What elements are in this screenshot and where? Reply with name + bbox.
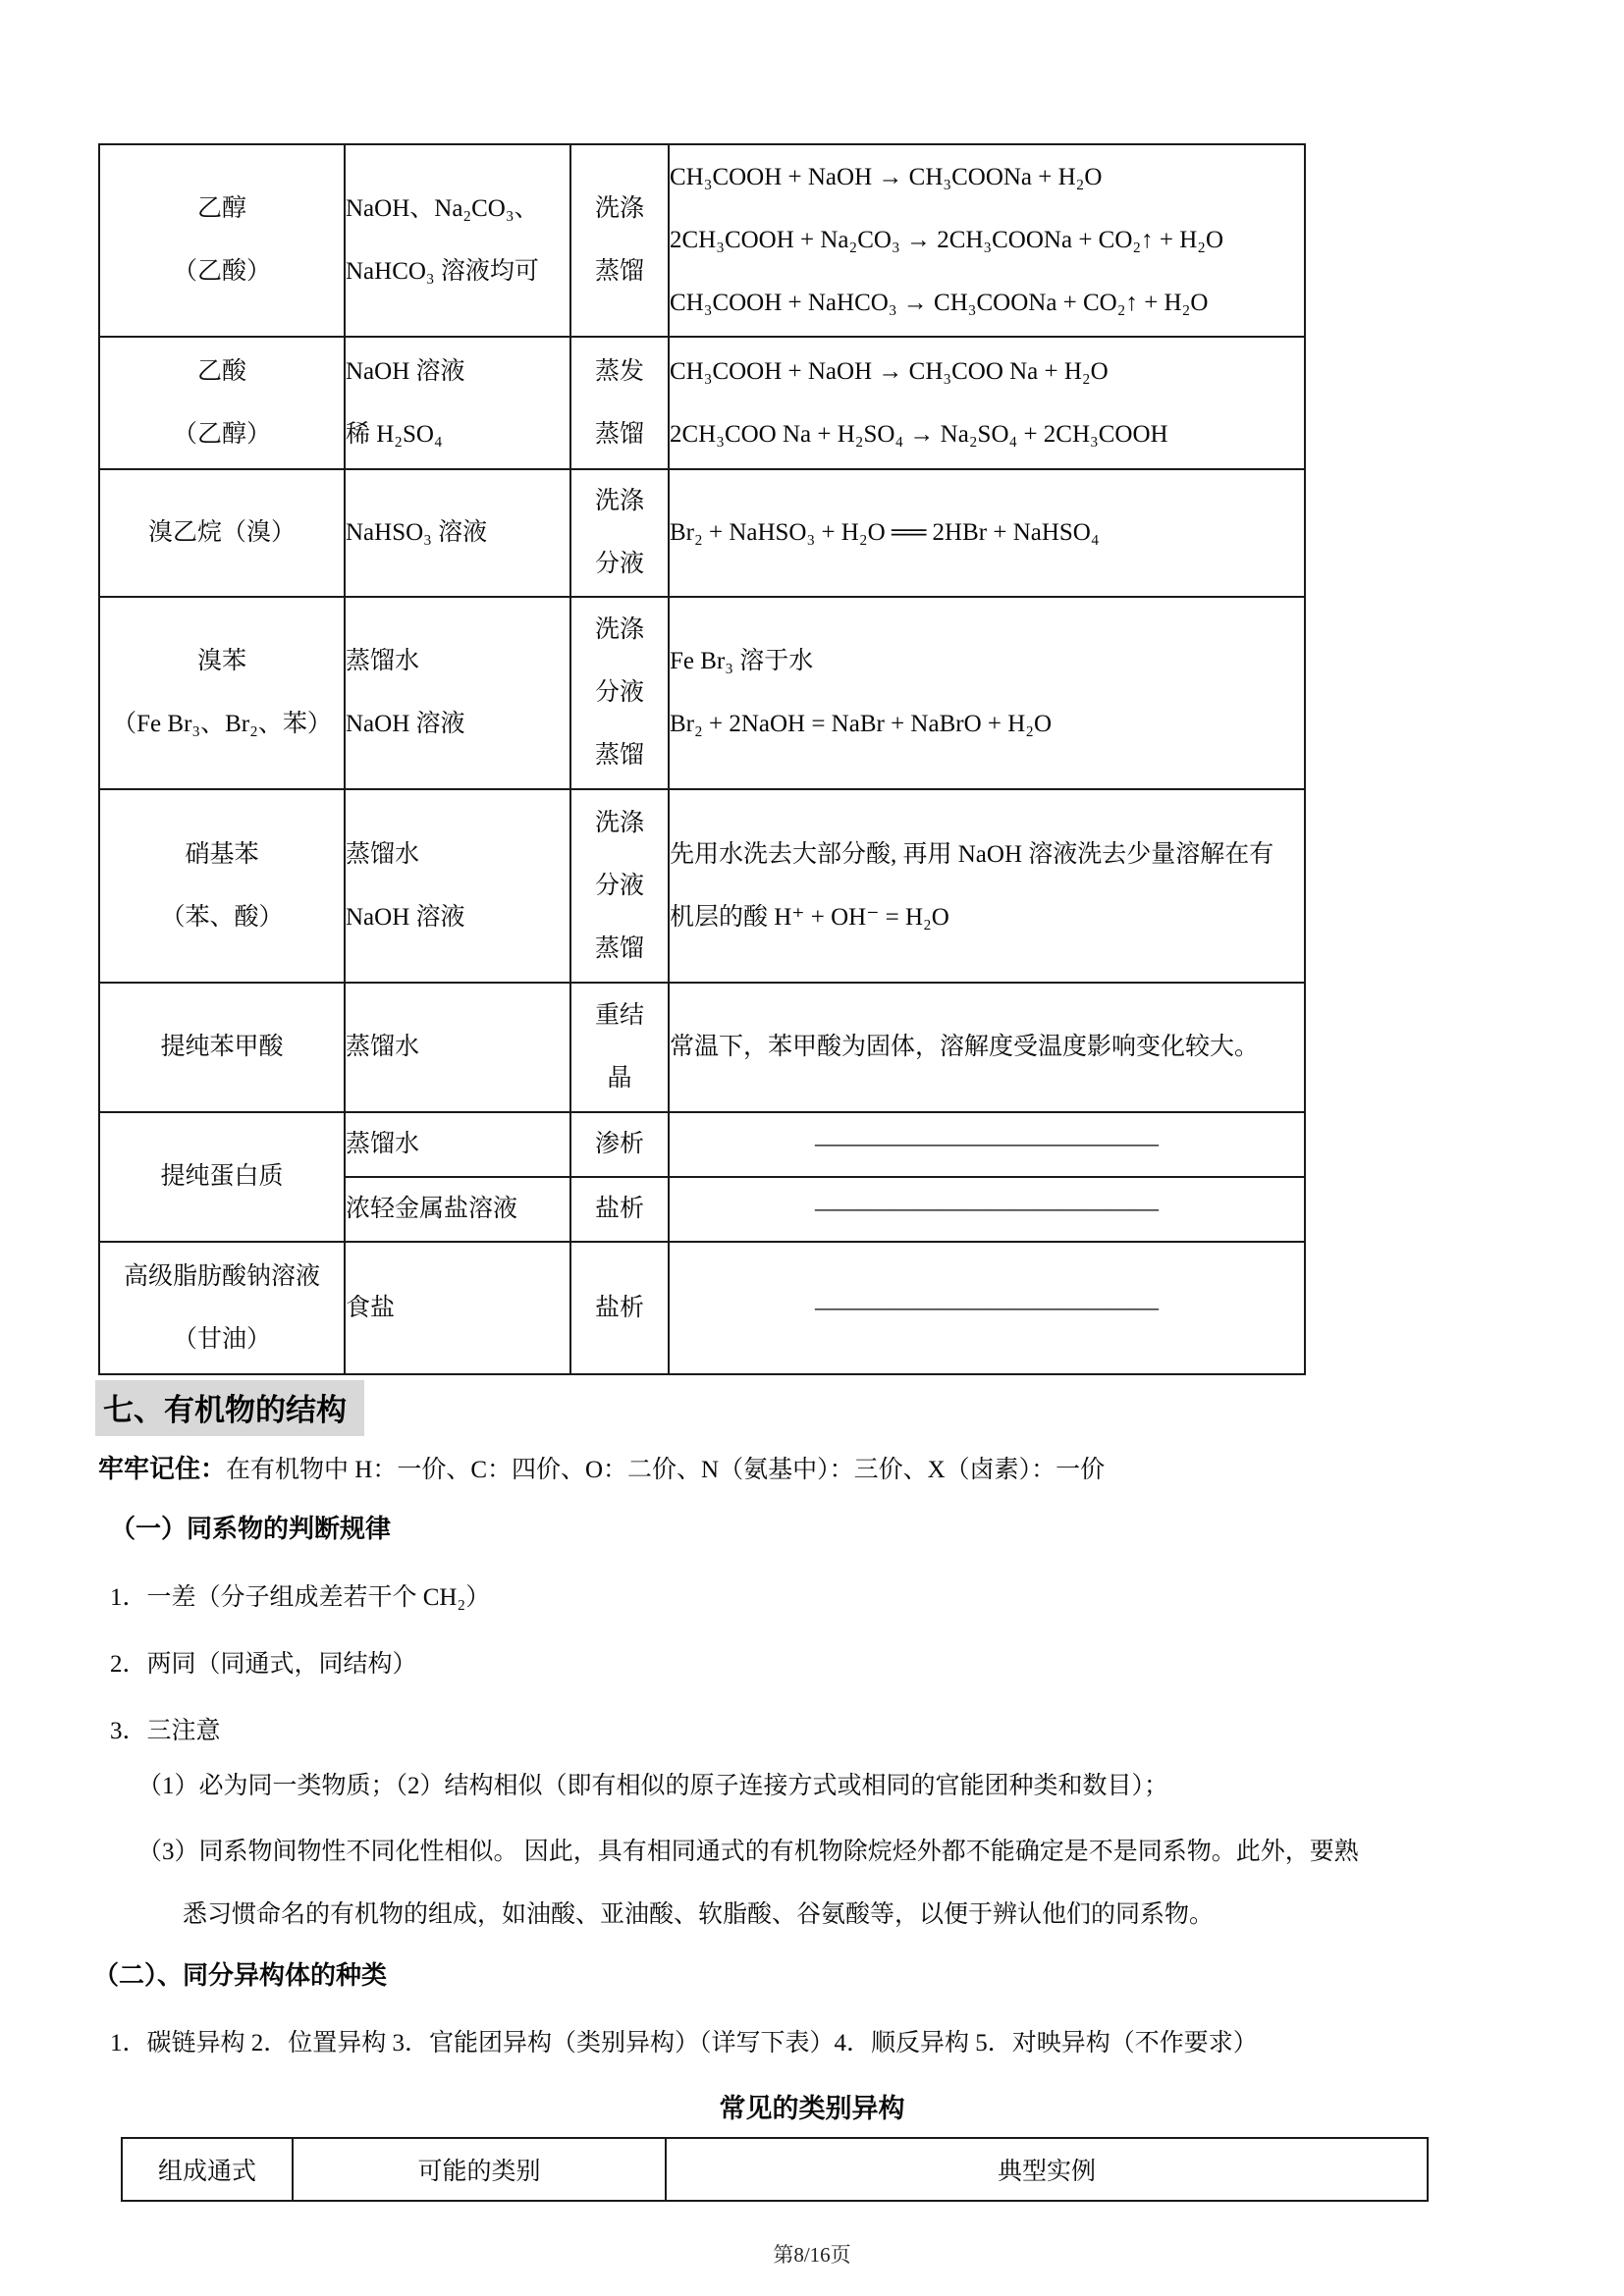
purification-table: 乙醇 （乙酸） NaOH、Na₂CO₃、 NaHCO₃ 溶液均可 洗涤 蒸馏 C… (98, 143, 1306, 1375)
cell-method: 盐析 (570, 1177, 669, 1242)
cell-method: 洗涤 分液 蒸馏 (570, 597, 669, 789)
cell-method: 洗涤 蒸馏 (570, 144, 669, 337)
note-2-line-2: 悉习惯命名的有机物的组成，如油酸、亚油酸、软脂酸、谷氨酸等，以便于辨认他们的同系… (183, 1899, 1214, 1931)
table-row: 提纯苯甲酸 蒸馏水 重结 晶 常温下，苯甲酸为固体，溶解度受温度影响变化较大。 (99, 983, 1305, 1112)
cell-target: 溴苯 （Fe Br₃、Br₂、苯） (99, 597, 345, 789)
cell-reagent: 蒸馏水 (345, 983, 570, 1112)
header-cell-example: 典型实例 (666, 2138, 1428, 2201)
note-1: （1）必为同一类物质；（2）结构相似（即有相似的原子连接方式或相同的官能团种类和… (137, 1771, 1168, 1802)
remember-line: 牢牢记住：在有机物中 H：一价、C：四价、O：二价、N（氨基中）：三价、X（卤素… (98, 1453, 1105, 1486)
header-cell-formula: 组成通式 (122, 2138, 293, 2201)
list-item-2: 2．两同（同通式，同结构） (110, 1649, 417, 1681)
table-row: 溴乙烷（溴） NaHSO₃ 溶液 洗涤 分液 Br₂ + NaHSO₃ + H₂… (99, 469, 1305, 597)
table-row: 乙醇 （乙酸） NaOH、Na₂CO₃、 NaHCO₃ 溶液均可 洗涤 蒸馏 C… (99, 144, 1305, 337)
cell-reagent: 蒸馏水 (345, 1112, 570, 1177)
cell-method: 洗涤 分液 蒸馏 (570, 789, 669, 983)
cell-target: 乙酸 （乙醇） (99, 337, 345, 469)
cell-note: Br₂ + NaHSO₃ + H₂O ══ 2HBr + NaHSO₄ (669, 469, 1305, 597)
remember-label: 牢牢记住： (98, 1454, 226, 1483)
remember-text: 在有机物中 H：一价、C：四价、O：二价、N（氨基中）：三价、X（卤素）：一价 (226, 1457, 1105, 1483)
subsection-2-heading: （二）、同分异构体的种类 (93, 1960, 387, 1992)
page-number: 第8/16页 (0, 2239, 1624, 2269)
cell-target: 溴乙烷（溴） (99, 469, 345, 597)
cell-reagent: 蒸馏水 NaOH 溶液 (345, 789, 570, 983)
isomer-table-title: 常见的类别异构 (0, 2087, 1624, 2125)
cell-target: 硝基苯 （苯、酸） (99, 789, 345, 983)
table-row: 硝基苯 （苯、酸） 蒸馏水 NaOH 溶液 洗涤 分液 蒸馏 先用水洗去大部分酸… (99, 789, 1305, 983)
cell-reagent: 蒸馏水 NaOH 溶液 (345, 597, 570, 789)
cell-method: 洗涤 分液 (570, 469, 669, 597)
header-cell-category: 可能的类别 (293, 2138, 666, 2201)
table-row: 乙酸 （乙醇） NaOH 溶液 稀 H₂SO₄ 蒸发 蒸馏 CH₃COOH + … (99, 337, 1305, 469)
subsection-1-heading: （一）同系物的判断规律 (110, 1514, 391, 1545)
cell-reagent: NaOH、Na₂CO₃、 NaHCO₃ 溶液均可 (345, 144, 570, 337)
cell-note: CH₃COOH + NaOH → CH₃COONa + H₂O 2CH₃COOH… (669, 144, 1305, 337)
cell-reagent: 食盐 (345, 1242, 570, 1374)
table-row: 高级脂肪酸钠溶液 （甘油） 食盐 盐析 —————————————— (99, 1242, 1305, 1374)
cell-method: 重结 晶 (570, 983, 669, 1112)
section-heading: 七、有机物的结构 (95, 1380, 364, 1436)
cell-method: 蒸发 蒸馏 (570, 337, 669, 469)
cell-note: CH₃COOH + NaOH → CH₃COO Na + H₂O 2CH₃COO… (669, 337, 1305, 469)
cell-note: —————————————— (669, 1112, 1305, 1177)
cell-reagent: 浓轻金属盐溶液 (345, 1177, 570, 1242)
cell-note: —————————————— (669, 1177, 1305, 1242)
cell-note: —————————————— (669, 1242, 1305, 1374)
list-item-3: 3．三注意 (110, 1716, 221, 1747)
cell-target: 乙醇 （乙酸） (99, 144, 345, 337)
document-page: 乙醇 （乙酸） NaOH、Na₂CO₃、 NaHCO₃ 溶液均可 洗涤 蒸馏 C… (0, 0, 1624, 2296)
table-header-row: 组成通式 可能的类别 典型实例 (122, 2138, 1428, 2201)
cell-target: 提纯苯甲酸 (99, 983, 345, 1112)
isomer-table: 组成通式 可能的类别 典型实例 (121, 2137, 1429, 2202)
cell-note: 先用水洗去大部分酸, 再用 NaOH 溶液洗去少量溶解在有 机层的酸 H⁺ + … (669, 789, 1305, 983)
cell-method: 渗析 (570, 1112, 669, 1177)
cell-reagent: NaOH 溶液 稀 H₂SO₄ (345, 337, 570, 469)
cell-reagent: NaHSO₃ 溶液 (345, 469, 570, 597)
cell-method: 盐析 (570, 1242, 669, 1374)
cell-note: Fe Br₃ 溶于水 Br₂ + 2NaOH = NaBr + NaBrO + … (669, 597, 1305, 789)
table-row: 提纯蛋白质 蒸馏水 渗析 —————————————— (99, 1112, 1305, 1177)
note-2-line-1: （3）同系物间物性不同化性相似。 因此，具有相同通式的有机物除烷烃外都不能确定是… (137, 1837, 1359, 1868)
cell-note: 常温下，苯甲酸为固体，溶解度受温度影响变化较大。 (669, 983, 1305, 1112)
table-row: 溴苯 （Fe Br₃、Br₂、苯） 蒸馏水 NaOH 溶液 洗涤 分液 蒸馏 F… (99, 597, 1305, 789)
list-item-1: 1．一差（分子组成差若干个 CH₂） (110, 1582, 490, 1614)
cell-target: 提纯蛋白质 (99, 1112, 345, 1242)
cell-target: 高级脂肪酸钠溶液 （甘油） (99, 1242, 345, 1374)
isomer-types-line: 1．碳链异构 2．位置异构 3．官能团异构（类别异构）（详写下表）4．顺反异构 … (110, 2028, 1258, 2059)
